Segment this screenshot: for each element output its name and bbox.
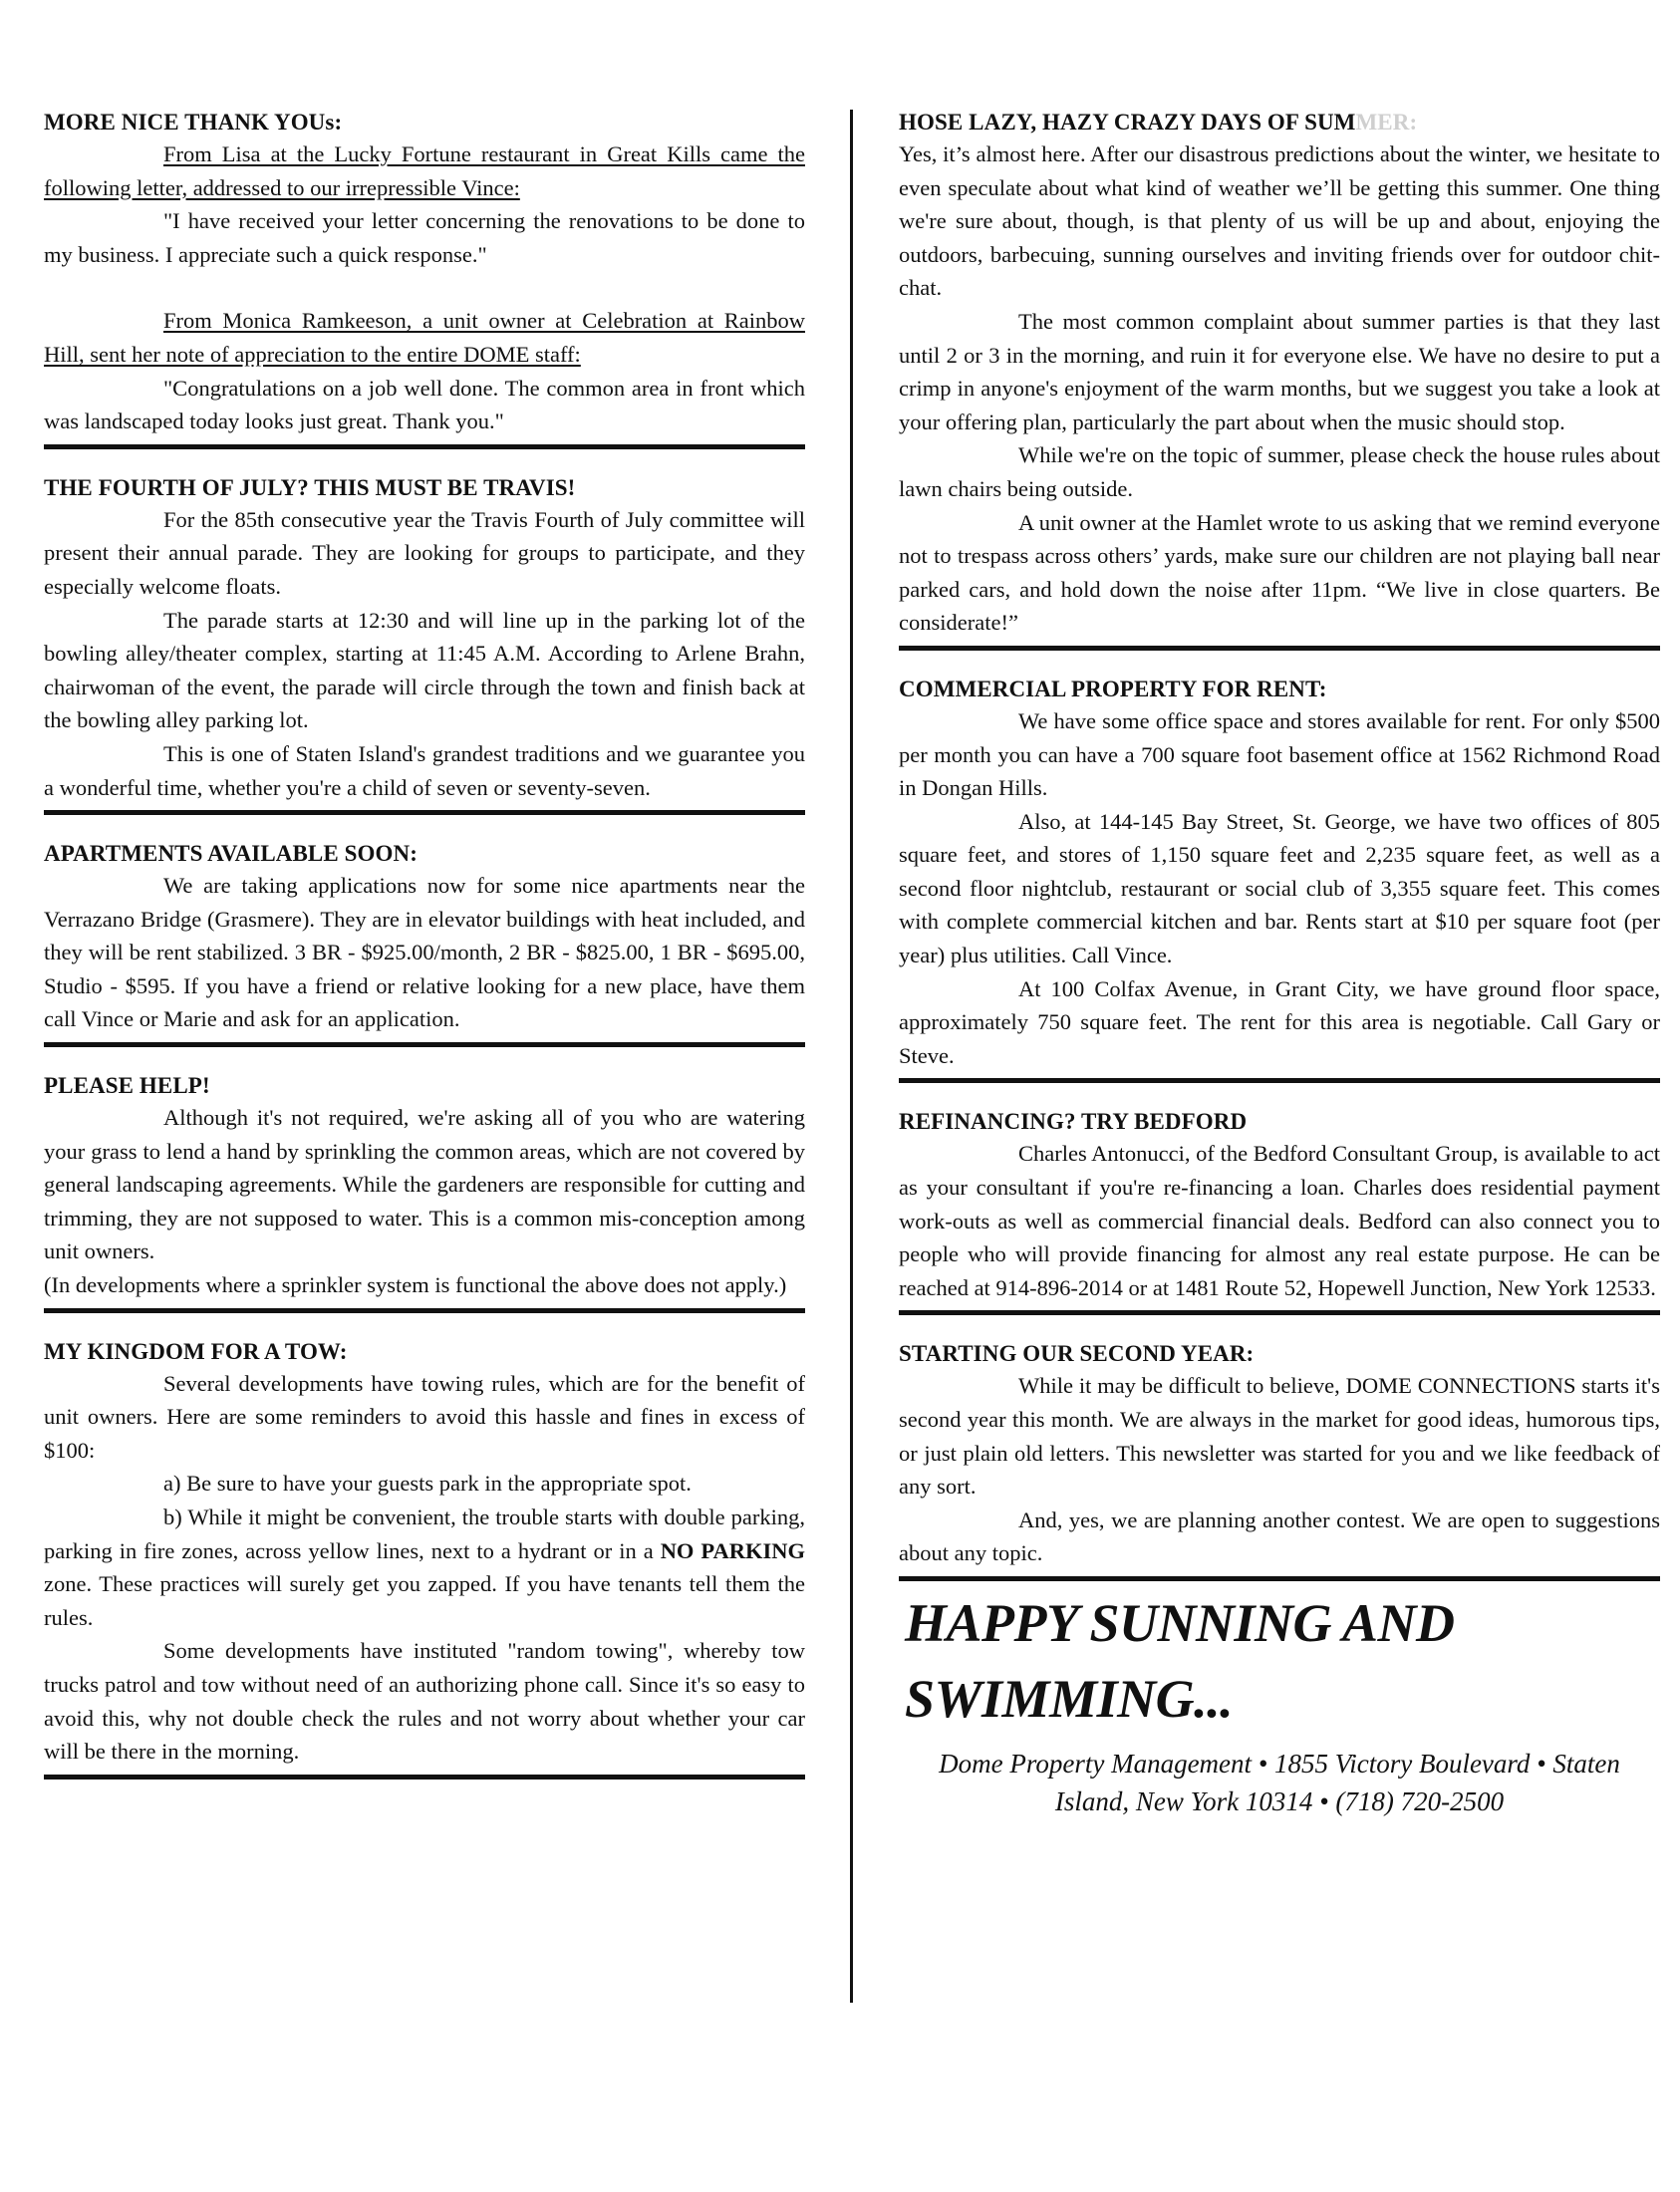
section-rule xyxy=(44,1308,805,1313)
article-summer: HOSE LAZY, HAZY CRAZY DAYS OF SUMMER: Ye… xyxy=(899,108,1660,651)
column-divider xyxy=(850,110,853,2003)
section-rule xyxy=(44,810,805,815)
article-paragraph: For the 85th consecutive year the Travis… xyxy=(44,503,805,604)
article-paragraph: A unit owner at the Hamlet wrote to us a… xyxy=(899,506,1660,640)
article-heading: PLEASE HELP! xyxy=(44,1071,805,1101)
article-paragraph: Also, at 144-145 Bay Street, St. George,… xyxy=(899,805,1660,972)
article-heading: MY KINGDOM FOR A TOW: xyxy=(44,1337,805,1367)
article-heading: APARTMENTS AVAILABLE SOON: xyxy=(44,839,805,869)
article-heading: THE FOURTH OF JULY? THIS MUST BE TRAVIS! xyxy=(44,473,805,503)
letter-intro: From Lisa at the Lucky Fortune restauran… xyxy=(44,137,805,204)
section-rule xyxy=(899,646,1660,651)
article-please-help: PLEASE HELP! Although it's not required,… xyxy=(44,1071,805,1313)
article-paragraph: We have some office space and stores ava… xyxy=(899,704,1660,805)
article-commercial: COMMERCIAL PROPERTY FOR RENT: We have so… xyxy=(899,675,1660,1084)
article-paragraph: At 100 Colfax Avenue, in Grant City, we … xyxy=(899,972,1660,1073)
article-paragraph: This is one of Staten Island's grandest … xyxy=(44,737,805,804)
company-address: Dome Property Management • 1855 Victory … xyxy=(899,1745,1660,1820)
article-heading: STARTING OUR SECOND YEAR: xyxy=(899,1339,1660,1369)
section-rule xyxy=(44,1775,805,1780)
section-rule xyxy=(899,1078,1660,1083)
article-paragraph: While it may be difficult to believe, DO… xyxy=(899,1369,1660,1503)
section-rule xyxy=(44,444,805,449)
article-paragraph: And, yes, we are planning another contes… xyxy=(899,1504,1660,1570)
article-heading: HOSE LAZY, HAZY CRAZY DAYS OF SUMMER: xyxy=(899,108,1660,137)
no-parking-emphasis: NO PARKING xyxy=(661,1538,805,1563)
article-paragraph: We are taking applications now for some … xyxy=(44,869,805,1036)
article-fourth-of-july: THE FOURTH OF JULY? THIS MUST BE TRAVIS!… xyxy=(44,473,805,815)
letter-intro: From Monica Ramkeeson, a unit owner at C… xyxy=(44,304,805,371)
article-paragraph: Several developments have towing rules, … xyxy=(44,1367,805,1468)
section-rule xyxy=(899,1576,1660,1581)
article-heading: COMMERCIAL PROPERTY FOR RENT: xyxy=(899,675,1660,704)
article-paragraph: Some developments have instituted "rando… xyxy=(44,1634,805,1768)
section-rule xyxy=(899,1310,1660,1315)
article-paragraph: Although it's not required, we're asking… xyxy=(44,1101,805,1268)
left-column: MORE NICE THANK YOUs: From Lisa at the L… xyxy=(44,108,805,1803)
article-paragraph: The most common complaint about summer p… xyxy=(899,305,1660,438)
article-note: (In developments where a sprinkler syste… xyxy=(44,1268,805,1302)
article-thank-yous: MORE NICE THANK YOUs: From Lisa at the L… xyxy=(44,108,805,449)
closing-title: HAPPY SUNNING AND SWIMMING... xyxy=(905,1585,1660,1737)
closing-banner: HAPPY SUNNING AND SWIMMING... Dome Prope… xyxy=(899,1585,1660,1820)
spacer xyxy=(44,271,805,304)
article-apartments: APARTMENTS AVAILABLE SOON: We are taking… xyxy=(44,839,805,1047)
letter-quote: "I have received your letter concerning … xyxy=(44,204,805,271)
right-column: HOSE LAZY, HAZY CRAZY DAYS OF SUMMER: Ye… xyxy=(899,108,1660,1820)
section-rule xyxy=(44,1042,805,1047)
article-refinancing: REFINANCING? TRY BEDFORD Charles Antonuc… xyxy=(899,1107,1660,1315)
article-tow: MY KINGDOM FOR A TOW: Several developmen… xyxy=(44,1337,805,1780)
list-item-b: b) While it might be convenient, the tro… xyxy=(44,1501,805,1634)
letter-quote: "Congratulations on a job well done. The… xyxy=(44,372,805,438)
article-paragraph: Yes, it’s almost here. After our disastr… xyxy=(899,137,1660,305)
list-item-a: a) Be sure to have your guests park in t… xyxy=(44,1467,805,1501)
article-heading: REFINANCING? TRY BEDFORD xyxy=(899,1107,1660,1137)
article-paragraph: The parade starts at 12:30 and will line… xyxy=(44,604,805,737)
article-heading: MORE NICE THANK YOUs: xyxy=(44,108,805,137)
article-paragraph: While we're on the topic of summer, plea… xyxy=(899,438,1660,505)
article-second-year: STARTING OUR SECOND YEAR: While it may b… xyxy=(899,1339,1660,1581)
article-paragraph: Charles Antonucci, of the Bedford Consul… xyxy=(899,1137,1660,1304)
